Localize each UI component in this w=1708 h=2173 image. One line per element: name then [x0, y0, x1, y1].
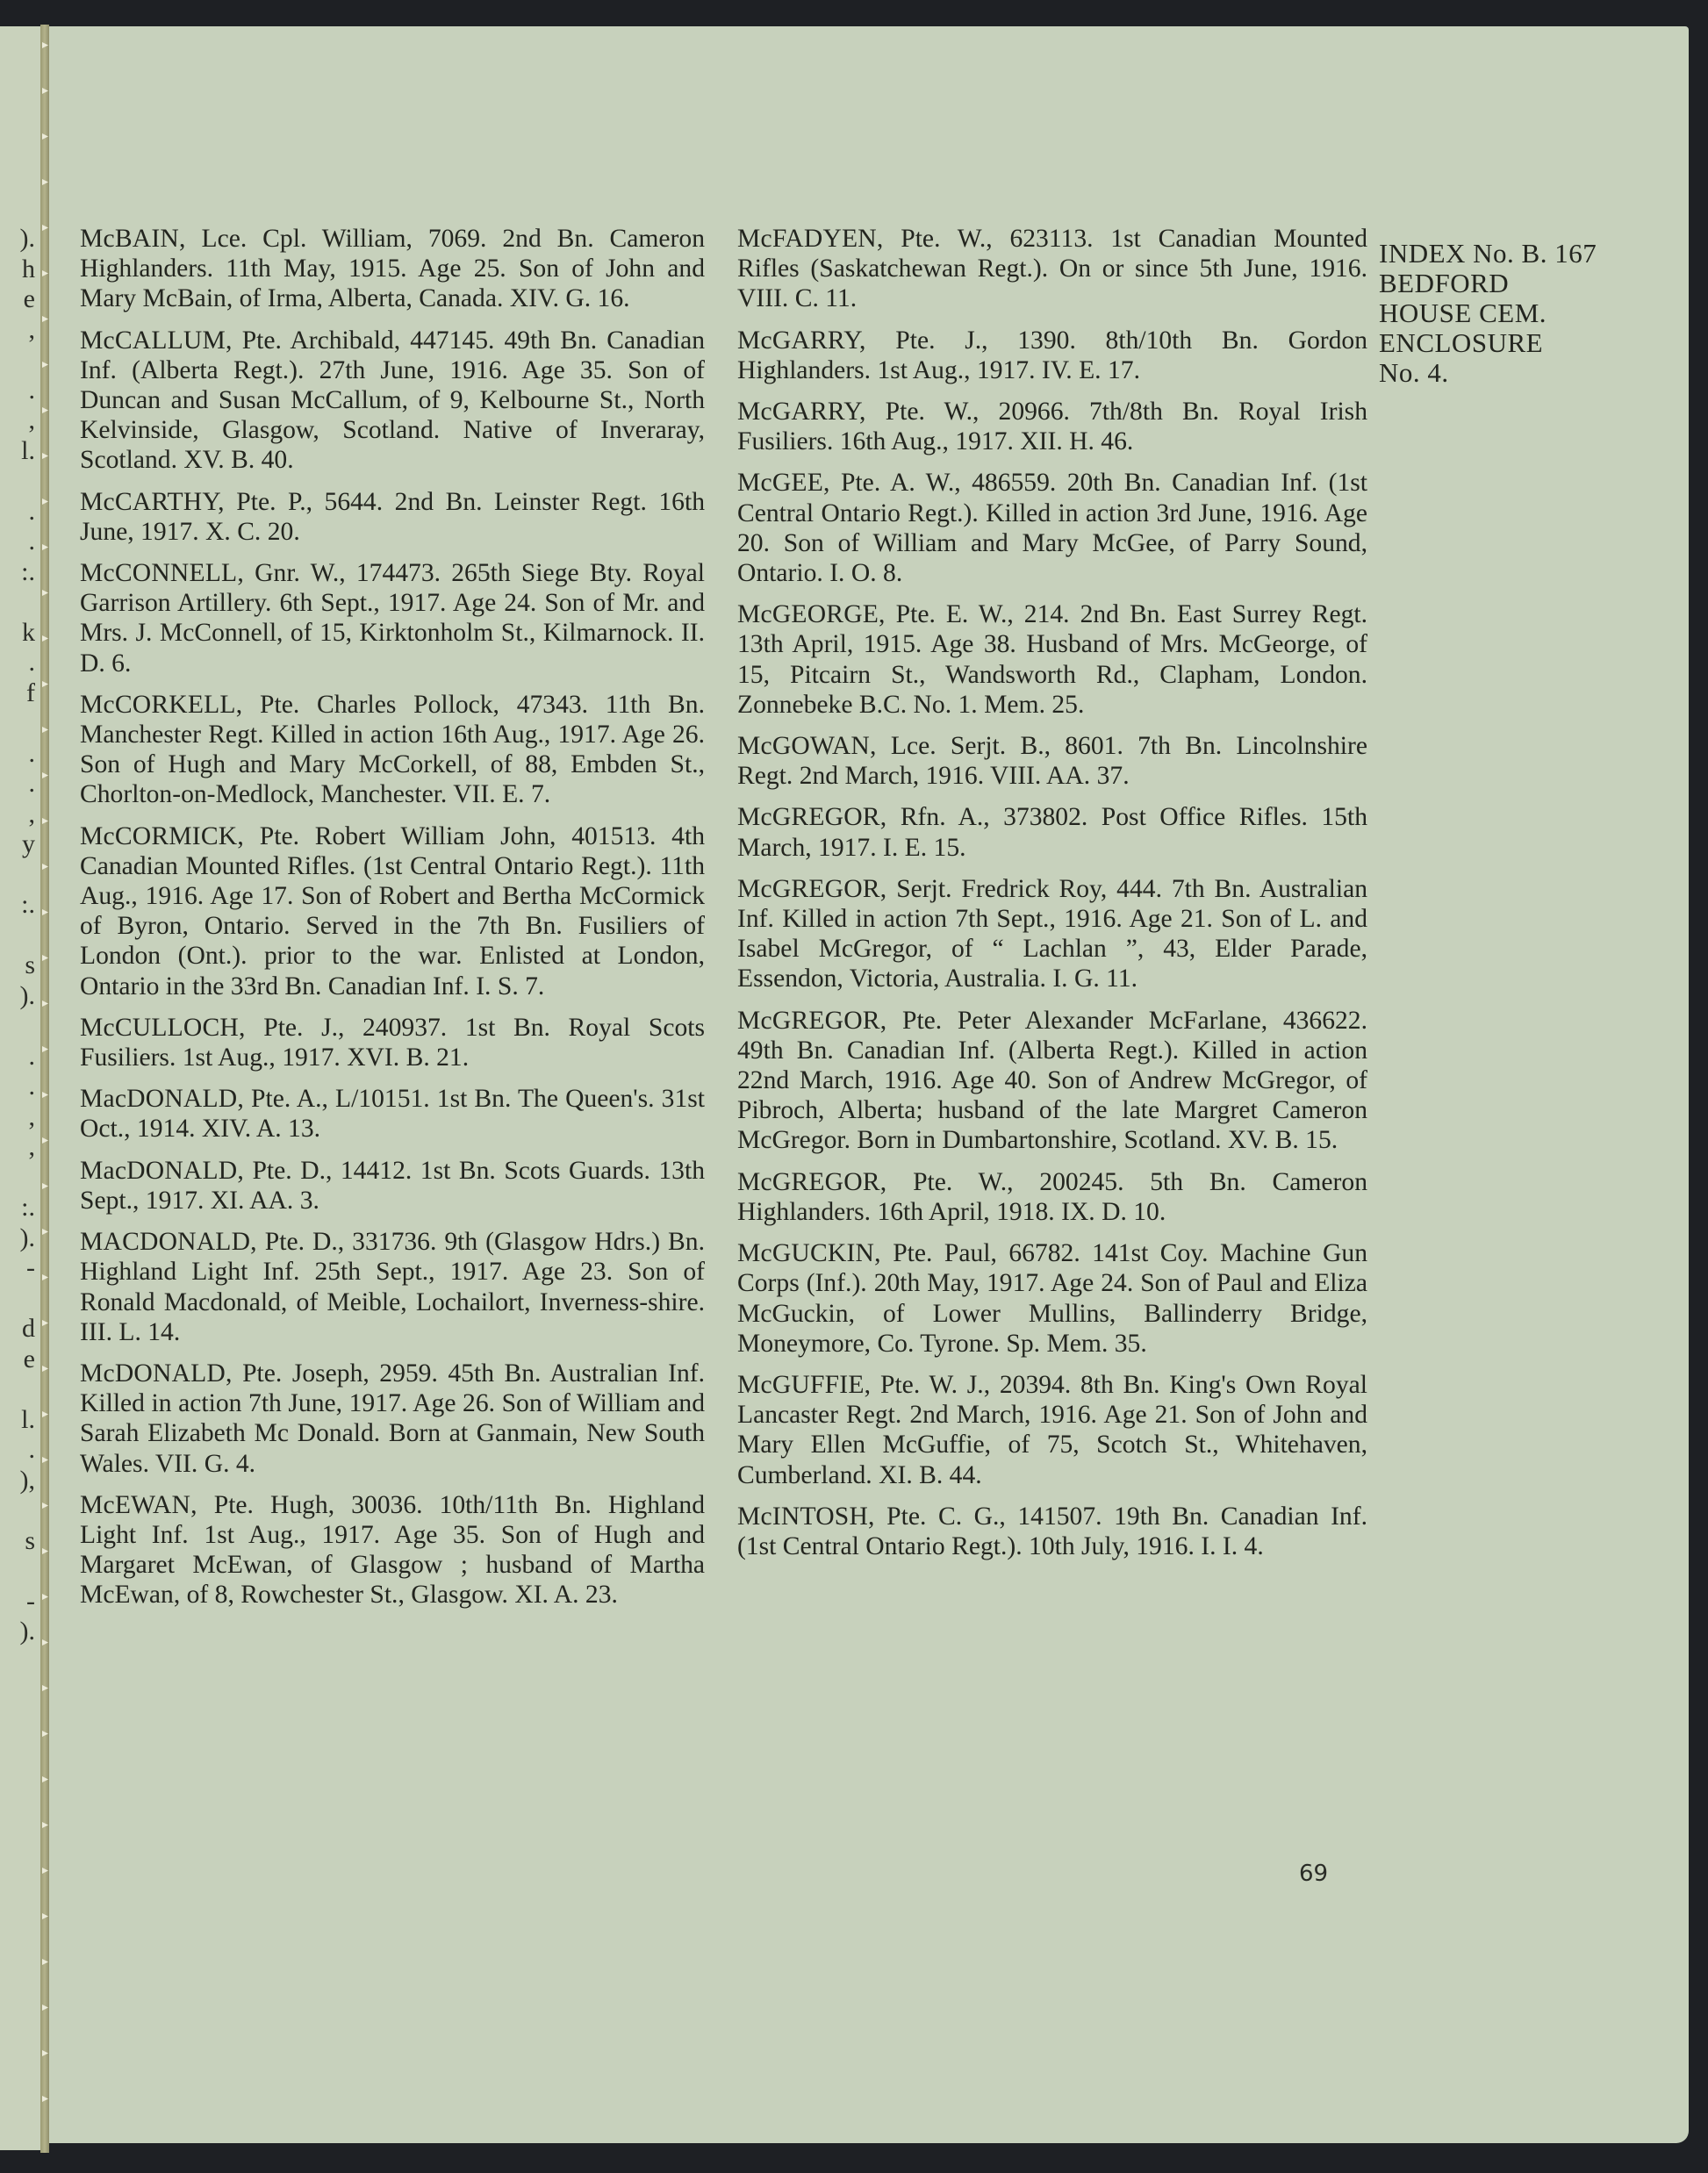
previous-page-fragment: , — [0, 800, 35, 829]
binding-notch — [42, 42, 48, 48]
entry-surname: McCORMICK, — [80, 822, 244, 850]
entry-surname: MacDONALD, — [80, 1085, 244, 1113]
previous-page-fragment: , — [0, 1102, 35, 1132]
previous-page-fragment: :. — [0, 890, 35, 920]
register-entry: McGREGOR, Pte. Peter Alexander McFarlane… — [737, 1006, 1367, 1156]
entry-surname: McGREGOR, — [737, 803, 886, 831]
binding-notch — [42, 407, 48, 413]
entry-surname: McGEE, — [737, 469, 830, 497]
binding-notch — [42, 88, 48, 94]
binding-notch — [42, 681, 48, 687]
previous-page-fragment: f — [0, 678, 35, 708]
register-entry: McCORKELL, Pte. Charles Pollock, 47343. … — [80, 690, 705, 810]
entry-surname: McGUCKIN, — [737, 1239, 881, 1267]
binding-notch — [42, 1685, 48, 1691]
register-entry: McCONNELL, Gnr. W., 174473. 265th Siege … — [80, 558, 705, 678]
entry-surname: McCARTHY, — [80, 488, 225, 516]
binding-notch — [42, 818, 48, 824]
register-entry: McGOWAN, Lce. Serjt. B., 8601. 7th Bn. L… — [737, 731, 1367, 791]
previous-page-fragment: l. — [0, 1405, 35, 1435]
register-entry: MacDONALD, Pte. D., 14412. 1st Bn. Scots… — [80, 1156, 705, 1216]
binding-notch — [42, 1046, 48, 1052]
binding-notch — [42, 772, 48, 778]
binding-notch — [42, 1183, 48, 1189]
previous-page-fragment: . — [0, 497, 35, 527]
index-line: INDEX No. B. 167 — [1379, 239, 1597, 269]
index-block: INDEX No. B. 167BEDFORDHOUSE CEM.ENCLOSU… — [1379, 239, 1597, 388]
entry-surname: McGARRY, — [737, 326, 866, 355]
binding-notch — [42, 1913, 48, 1919]
previous-page-fragment: ), — [0, 1466, 35, 1495]
binding-notch — [42, 1639, 48, 1646]
register-entry: McGUCKIN, Pte. Paul, 66782. 141st Coy. M… — [737, 1238, 1367, 1359]
binding-notch — [42, 2004, 48, 2011]
binding-notch — [42, 1776, 48, 1782]
binding-notch — [42, 727, 48, 733]
middle-column: McFADYEN, Pte. W., 623113. 1st Canadian … — [737, 224, 1367, 1573]
previous-page-fragment: l. — [0, 436, 35, 466]
binding-notch — [42, 270, 48, 276]
previous-page-fragment: :. — [0, 1193, 35, 1223]
previous-page-fragment: h — [0, 255, 35, 284]
binding-notch — [42, 362, 48, 368]
binding-notch — [42, 590, 48, 596]
binding-notch — [42, 498, 48, 505]
previous-page-fragment: - — [0, 1253, 35, 1283]
entry-surname: McGEORGE, — [737, 600, 886, 628]
binding-notch — [42, 635, 48, 642]
register-page: McBAIN, Lce. Cpl. William, 7069. 2nd Bn.… — [49, 26, 1689, 2143]
register-entry: McGEE, Pte. A. W., 486559. 20th Bn. Cana… — [737, 468, 1367, 588]
previous-page-fragment: d — [0, 1314, 35, 1344]
binding-notch — [42, 225, 48, 231]
binding-notch — [42, 1548, 48, 1554]
register-entry: McGREGOR, Rfn. A., 373802. Post Office R… — [737, 802, 1367, 862]
entry-surname: McCULLOCH, — [80, 1014, 246, 1042]
previous-page-fragment: s — [0, 950, 35, 980]
binding-notch — [42, 1457, 48, 1463]
register-entry: MacDONALD, Pte. A., L/10151. 1st Bn. The… — [80, 1084, 705, 1144]
previous-page-fragment: :. — [0, 557, 35, 587]
entry-surname: McCONNELL, — [80, 559, 244, 587]
binding-notch — [42, 1959, 48, 1965]
entry-surname: McGREGOR, — [737, 1007, 886, 1035]
previous-page-fragment: e — [0, 1345, 35, 1374]
entry-surname: MacDONALD, — [80, 1157, 244, 1185]
register-entry: McDONALD, Pte. Joseph, 2959. 45th Bn. Au… — [80, 1359, 705, 1479]
entry-surname: McGREGOR, — [737, 1168, 886, 1196]
register-entry: McGARRY, Pte. W., 20966. 7th/8th Bn. Roy… — [737, 397, 1367, 456]
previous-page-fragment: . — [0, 739, 35, 769]
previous-page-fragment: . — [0, 527, 35, 556]
register-entry: McBAIN, Lce. Cpl. William, 7069. 2nd Bn.… — [80, 224, 705, 314]
previous-page-fragment: . — [0, 1435, 35, 1465]
previous-page-fragment: . — [0, 1042, 35, 1072]
binding-notch — [42, 1822, 48, 1828]
previous-page-fragment: . — [0, 769, 35, 799]
previous-page-fragment: , — [0, 315, 35, 345]
register-entry: McCORMICK, Pte. Robert William John, 401… — [80, 821, 705, 1001]
previous-page-fragment: ). — [0, 1617, 35, 1646]
page-number: 69 — [1299, 1861, 1328, 1887]
binding-notch — [42, 1092, 48, 1098]
index-line: HOUSE CEM. — [1379, 298, 1597, 328]
previous-page-fragment: . — [0, 648, 35, 678]
entry-surname: McDONALD, — [80, 1359, 233, 1388]
binding-notch — [42, 1229, 48, 1235]
index-line: BEDFORD — [1379, 269, 1597, 298]
register-entry: McGEORGE, Pte. E. W., 214. 2nd Bn. East … — [737, 599, 1367, 720]
binding-notch — [42, 133, 48, 140]
binding-notch — [42, 864, 48, 870]
binding-notch — [42, 316, 48, 322]
binding-notch — [42, 1411, 48, 1417]
entry-surname: McINTOSH, — [737, 1502, 875, 1531]
entry-surname: McGREGOR, — [737, 875, 886, 903]
entry-surname: McEWAN, — [80, 1491, 197, 1519]
entry-details: Pte. A. W., 486559. 20th Bn. Canadian In… — [737, 469, 1367, 587]
register-entry: McINTOSH, Pte. C. G., 141507. 19th Bn. C… — [737, 1502, 1367, 1561]
binding-notch — [42, 453, 48, 459]
previous-page-fragment: - — [0, 1587, 35, 1617]
entry-surname: McGARRY, — [737, 398, 866, 426]
register-entry: McEWAN, Pte. Hugh, 30036. 10th/11th Bn. … — [80, 1490, 705, 1610]
binding-notch — [42, 544, 48, 550]
previous-page-fragment: k — [0, 618, 35, 648]
entry-surname: McCORKELL, — [80, 691, 242, 719]
binding-notch — [42, 2096, 48, 2102]
binding-notch — [42, 1366, 48, 1372]
previous-page-fragment: s — [0, 1526, 35, 1556]
index-line: No. 4. — [1379, 358, 1597, 388]
previous-page-fragment: e — [0, 284, 35, 314]
left-column: McBAIN, Lce. Cpl. William, 7069. 2nd Bn.… — [80, 224, 705, 1622]
binding-notch — [42, 1320, 48, 1326]
entry-surname: MACDONALD, — [80, 1228, 257, 1256]
previous-page-fragment: ). — [0, 224, 35, 254]
previous-page-fragment: . — [0, 376, 35, 405]
page-binding-gutter — [40, 25, 49, 2153]
binding-notch — [42, 955, 48, 961]
binding-notch — [42, 1274, 48, 1280]
entry-surname: McGUFFIE, — [737, 1371, 871, 1399]
binding-notch — [42, 2050, 48, 2056]
previous-page-fragment: . — [0, 1072, 35, 1101]
previous-page-fragment: ). — [0, 1223, 35, 1253]
binding-notch — [42, 1868, 48, 1874]
binding-notch — [42, 1000, 48, 1007]
binding-notch — [42, 909, 48, 915]
register-entry: McCULLOCH, Pte. J., 240937. 1st Bn. Roya… — [80, 1013, 705, 1072]
register-entry: McCARTHY, Pte. P., 5644. 2nd Bn. Leinste… — [80, 487, 705, 547]
previous-page-fragment: y — [0, 829, 35, 859]
previous-page-fragment: ). — [0, 981, 35, 1011]
register-entry: McGARRY, Pte. J., 1390. 8th/10th Bn. Gor… — [737, 326, 1367, 385]
entry-surname: McFADYEN, — [737, 225, 883, 253]
binding-notch — [42, 1502, 48, 1509]
entry-surname: McGOWAN, — [737, 732, 877, 760]
previous-page-margin: ).he,.,l...:.k.f..,y:.s)...,,:.).-del..)… — [0, 26, 40, 2150]
register-entry: McGREGOR, Pte. W., 200245. 5th Bn. Camer… — [737, 1167, 1367, 1227]
register-entry: McGREGOR, Serjt. Fredrick Roy, 444. 7th … — [737, 874, 1367, 994]
index-line: ENCLOSURE — [1379, 328, 1597, 358]
binding-notch — [42, 1594, 48, 1600]
register-entry: McCALLUM, Pte. Archibald, 447145. 49th B… — [80, 326, 705, 476]
binding-notch — [42, 1731, 48, 1737]
binding-notch — [42, 1137, 48, 1144]
previous-page-fragment: , — [0, 1132, 35, 1162]
register-entry: McFADYEN, Pte. W., 623113. 1st Canadian … — [737, 224, 1367, 314]
register-entry: McGUFFIE, Pte. W. J., 20394. 8th Bn. Kin… — [737, 1370, 1367, 1490]
previous-page-fragment: , — [0, 405, 35, 435]
binding-notch — [42, 179, 48, 185]
register-entry: MACDONALD, Pte. D., 331736. 9th (Glasgow… — [80, 1227, 705, 1347]
entry-surname: McBAIN, — [80, 225, 186, 253]
entry-surname: McCALLUM, — [80, 326, 233, 355]
